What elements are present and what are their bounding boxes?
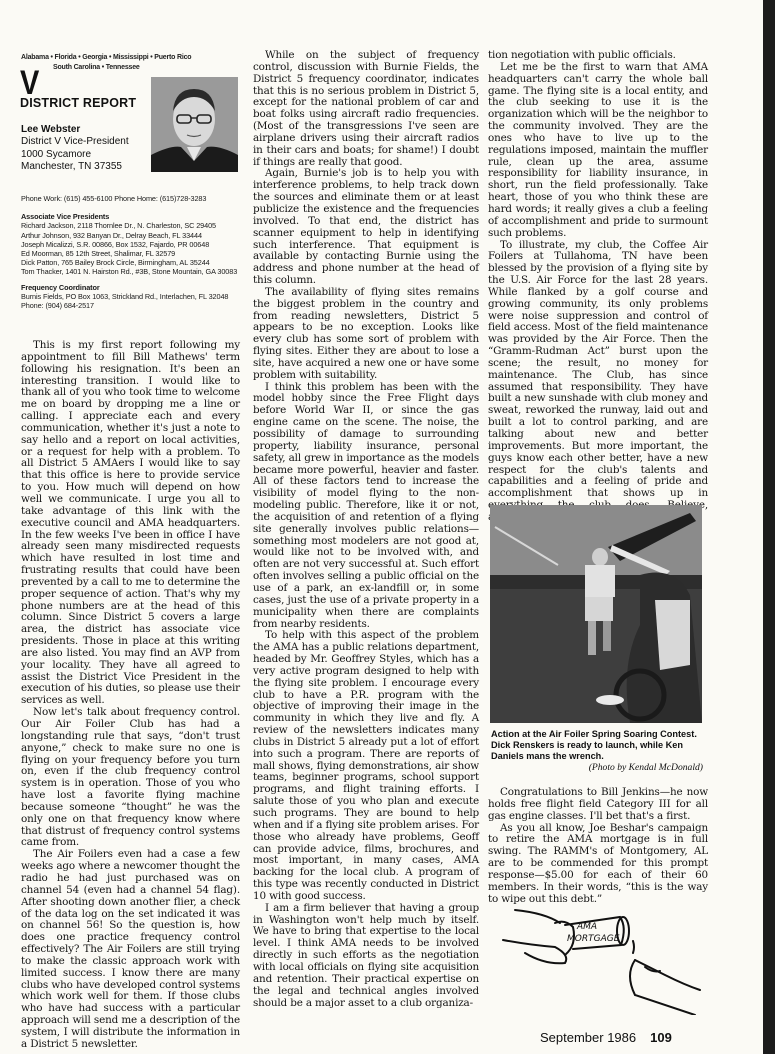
section-title: DISTRICT REPORT	[20, 96, 136, 110]
associate-vp-entry: Dick Patton, 765 Bailey Brock Circle, Bi…	[21, 258, 246, 267]
article-column-3-top: tion negotiation with public officials. …	[488, 50, 708, 524]
vp-title: District V Vice-President	[21, 136, 129, 148]
paragraph: As you all know, Joe Beshar's campaign t…	[488, 823, 708, 906]
vp-address-1: 1000 Sycamore	[21, 149, 129, 161]
paragraph: Congratulations to Bill Jenkins—he now h…	[488, 787, 708, 823]
paragraph: I think this problem has been with the m…	[253, 382, 479, 631]
district-states: Alabama • Florida • Georgia • Mississipp…	[21, 53, 191, 73]
magazine-page: Alabama • Florida • Georgia • Mississipp…	[0, 0, 763, 1054]
paragraph: While on the subject of frequency contro…	[253, 50, 479, 168]
mortgage-burning-illustration: AMA MORTGAGE	[495, 905, 715, 1015]
associate-vp-entry: Tom Thacker, 1401 N. Hairston Rd., #3B, …	[21, 267, 246, 276]
hands-burning-mortgage-icon: AMA MORTGAGE	[495, 905, 715, 1015]
district-number: V	[20, 66, 39, 100]
portrait-figure-icon	[151, 77, 238, 172]
associate-vp-header: Associate Vice Presidents	[21, 212, 246, 221]
associate-vp-entry: Ed Moorman, 85 12th Street, Shalimar, FL…	[21, 249, 246, 258]
paragraph: The Air Foilers even had a case a few we…	[21, 849, 240, 1050]
associate-vp-entry: Richard Jackson, 2118 Thornlee Dr., N. C…	[21, 221, 246, 230]
paragraph: I am a firm believer that having a group…	[253, 903, 479, 1010]
frequency-coordinator-phone: Phone: (904) 684-2517	[21, 301, 246, 310]
frequency-coordinator-entry: Burnis Fields, PO Box 1063, Strickland R…	[21, 292, 246, 301]
vp-portrait-photo	[151, 77, 238, 172]
paragraph: Now let's talk about frequency control. …	[21, 707, 240, 849]
paragraph: Let me be the first to warn that AMA hea…	[488, 62, 708, 240]
associate-vp-entry: Joseph Micalizzi, S.R. 00866, Box 1532, …	[21, 240, 246, 249]
vp-phones: Phone Work: (615) 455-6100 Phone Home: (…	[21, 194, 246, 203]
soaring-contest-photo	[490, 505, 702, 723]
issue-date: September 1986	[540, 1030, 636, 1045]
states-line-2: South Carolina • Tennessee	[21, 63, 191, 73]
article-column-3-bottom: Congratulations to Bill Jenkins—he now h…	[488, 787, 708, 905]
paragraph: To illustrate, my club, the Coffee Air F…	[488, 240, 708, 524]
article-column-2: While on the subject of frequency contro…	[253, 50, 479, 1009]
paragraph: The availability of flying sites remains…	[253, 287, 479, 382]
frequency-coordinator-header: Frequency Coordinator	[21, 283, 246, 292]
caption-text: Action at the Air Foiler Spring Soaring …	[491, 729, 697, 761]
page-number: 109	[650, 1030, 672, 1045]
paragraph: Again, Burnie's job is to help you with …	[253, 168, 479, 286]
article-column-1: This is my first report following my app…	[21, 340, 240, 1051]
page-footer: September 1986109	[540, 1030, 672, 1045]
paragraph: This is my first report following my app…	[21, 340, 240, 707]
vp-address-2: Manchester, TN 37355	[21, 161, 129, 173]
vice-president-info: Lee Webster District V Vice-President 10…	[21, 124, 129, 173]
states-line-1: Alabama • Florida • Georgia • Mississipp…	[21, 53, 191, 63]
photo-caption: Action at the Air Foiler Spring Soaring …	[491, 729, 703, 773]
associate-vp-entry: Arthur Johnson, 932 Banyan Dr., Delray B…	[21, 231, 246, 240]
mortgage-label-line-1: AMA	[576, 922, 597, 932]
glider-launch-scene-icon	[490, 505, 702, 723]
paragraph: To help with this aspect of the problem …	[253, 630, 479, 902]
contacts-block: Phone Work: (615) 455-6100 Phone Home: (…	[21, 194, 246, 310]
mortgage-label-line-2: MORTGAGE	[567, 934, 620, 944]
vp-name: Lee Webster	[21, 124, 129, 136]
photo-credit: (Photo by Kendal McDonald)	[491, 762, 703, 773]
